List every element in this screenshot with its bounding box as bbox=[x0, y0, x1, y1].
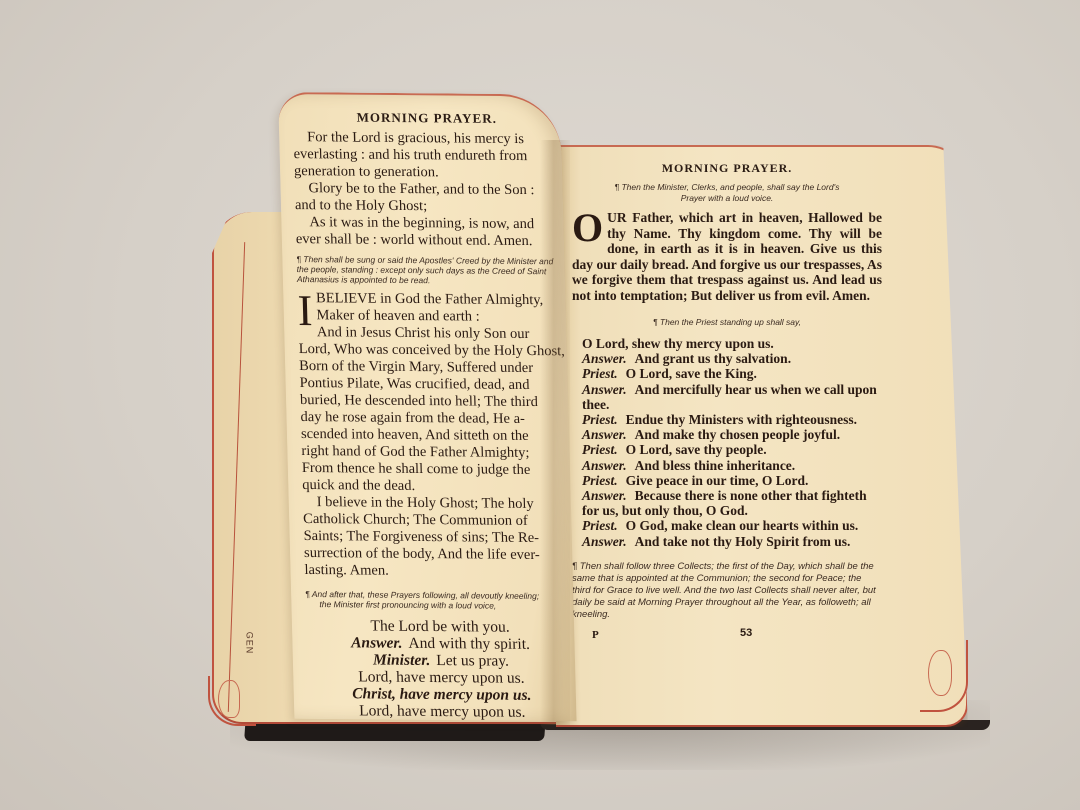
versicle-text: The Lord be with you. bbox=[370, 618, 510, 636]
speaker-label: Priest. bbox=[582, 412, 618, 427]
speaker-label: Answer. bbox=[582, 458, 627, 473]
creed-rubric: ¶ Then shall be sung or said the Apostle… bbox=[296, 254, 565, 286]
suffrage-row: O Lord, shew thy mercy upon us. bbox=[572, 336, 882, 351]
suffrage-row: Answer.And make thy chosen people joyful… bbox=[572, 427, 882, 442]
speaker-label: Answer. bbox=[582, 382, 627, 397]
priest-rubric: ¶ Then the Priest standing up shall say, bbox=[572, 317, 882, 328]
versicle-text: And with thy spirit. bbox=[408, 635, 530, 653]
suffrage-text: And bless thine inheritance. bbox=[635, 458, 796, 473]
suffrage-row: Priest.Give peace in our time, O Lord. bbox=[572, 473, 882, 488]
corner-ornament-icon bbox=[208, 676, 256, 726]
suffrage-text: And take not thy Holy Spirit from us. bbox=[635, 534, 851, 549]
suffrage-row: Answer.And bless thine inheritance. bbox=[572, 458, 882, 473]
suffrage-row: Priest.O Lord, save the King. bbox=[572, 366, 882, 381]
suffrage-text: O God, make clean our hearts within us. bbox=[626, 518, 859, 533]
versicle-text: Christ, have mercy upon us. bbox=[352, 685, 532, 704]
rubric-line: Prayer with a loud voice. bbox=[572, 193, 882, 204]
suffrage-text: O Lord, save the King. bbox=[626, 366, 757, 381]
drop-cap: O bbox=[572, 211, 603, 245]
right-page-content: MORNING PRAYER. ¶ Then the Minister, Cle… bbox=[572, 161, 882, 645]
prayers-rubric: ¶ And after that, these Prayers followin… bbox=[305, 589, 574, 611]
lords-prayer-rubric: ¶ Then the Minister, Clerks, and people,… bbox=[572, 182, 882, 204]
speaker-label: Priest. bbox=[582, 366, 618, 381]
speaker-label: Answer. bbox=[582, 427, 627, 442]
lords-prayer-text: UR Father, which art in heaven, Hallowed… bbox=[572, 210, 882, 303]
speaker-label: Answer. bbox=[582, 488, 627, 503]
right-page: MORNING PRAYER. ¶ Then the Minister, Cle… bbox=[556, 145, 968, 727]
versicle-text: Lord, have mercy upon us. bbox=[358, 668, 525, 686]
suffrage-text: And grant us thy salvation. bbox=[635, 351, 791, 366]
versicle-row: Lord, have mercy upon us. bbox=[308, 702, 577, 721]
signature-mark: P bbox=[592, 629, 599, 641]
page-number: 53 bbox=[740, 627, 752, 639]
drop-cap: I bbox=[297, 292, 313, 330]
versicle-text: Lord, have mercy upon us. bbox=[359, 702, 526, 720]
suffrage-row: Priest.Endue thy Ministers with righteou… bbox=[572, 412, 882, 427]
suffrage-row: Answer.And grant us thy salvation. bbox=[572, 351, 882, 366]
spine-mark: GEN bbox=[244, 632, 254, 655]
speaker-label: Priest. bbox=[582, 518, 618, 533]
speaker-label: Minister. bbox=[373, 652, 431, 669]
suffrage-text: Endue thy Ministers with righteousness. bbox=[626, 412, 857, 427]
apostles-creed: I BELIEVE in God the Father Almighty,Mak… bbox=[297, 290, 573, 581]
speaker-label: Answer. bbox=[351, 634, 403, 651]
red-page-edge bbox=[228, 242, 245, 712]
rubric-line: ¶ Then the Minister, Clerks, and people,… bbox=[572, 182, 882, 193]
corner-ornament-icon bbox=[920, 640, 968, 712]
page-footer: P 53 bbox=[572, 627, 882, 645]
lords-prayer: OUR Father, which art in heaven, Hallowe… bbox=[572, 210, 882, 303]
left-page[interactable]: MORNING PRAYER. For the Lord is gracious… bbox=[278, 92, 577, 721]
speaker-label: Answer. bbox=[582, 351, 627, 366]
suffrage-row: Priest.O God, make clean our hearts with… bbox=[572, 518, 882, 533]
creed-lines: BELIEVE in God the Father Almighty,Maker… bbox=[297, 290, 573, 581]
suffrage-text: O Lord, shew thy mercy upon us. bbox=[582, 336, 774, 351]
versicles: The Lord be with you.Answer.And with thy… bbox=[306, 617, 577, 721]
collects-rubric: ¶ Then shall follow three Collects; the … bbox=[572, 561, 882, 621]
suffrage-row: Answer.And take not thy Holy Spirit from… bbox=[572, 534, 882, 549]
creed-line: lasting. Amen. bbox=[304, 562, 573, 581]
suffrage-text: And make thy chosen people joyful. bbox=[635, 427, 841, 442]
speaker-label: Answer. bbox=[582, 534, 627, 549]
suffrage-row: Priest.O Lord, save thy people. bbox=[572, 442, 882, 457]
suffrage-text: O Lord, save thy people. bbox=[626, 442, 767, 457]
left-page-content: MORNING PRAYER. For the Lord is gracious… bbox=[292, 108, 576, 721]
suffrage-text: Give peace in our time, O Lord. bbox=[626, 473, 809, 488]
running-head: MORNING PRAYER. bbox=[572, 161, 882, 176]
gloria: For the Lord is gracious, his mercy isev… bbox=[293, 129, 564, 250]
versicle-text: Let us pray. bbox=[436, 652, 509, 670]
speaker-label: Priest. bbox=[582, 442, 618, 457]
speaker-label: Priest. bbox=[582, 473, 618, 488]
gloria-line: ever shall be : world without end. Amen. bbox=[296, 231, 565, 250]
running-head: MORNING PRAYER. bbox=[292, 108, 561, 127]
suffrages: O Lord, shew thy mercy upon us.Answer.An… bbox=[572, 336, 882, 549]
photo-scene: GEN MORNING PRAYER. ¶ Then the Minister,… bbox=[0, 0, 1080, 810]
suffrage-row: Answer.And mercifully hear us when we ca… bbox=[572, 382, 882, 412]
suffrage-row: Answer.Because there is none other that … bbox=[572, 488, 882, 518]
